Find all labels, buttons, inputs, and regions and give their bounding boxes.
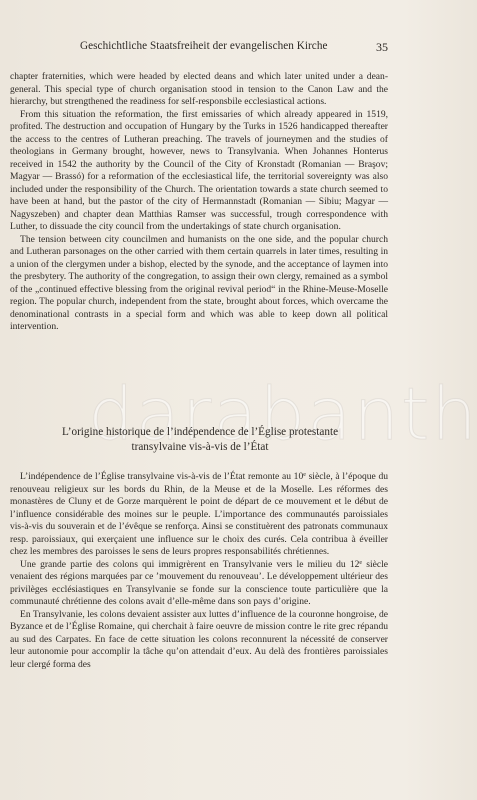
section-title: L’origine historique de l’indépendence d…	[0, 425, 400, 455]
paragraph: From this situation the reformation, the…	[10, 109, 388, 234]
running-title: Geschichtliche Staatsfreiheit der evange…	[80, 40, 327, 52]
english-section: chapter fraternities, which were headed …	[10, 71, 388, 334]
paragraph: L’indépendence de l’Église transylvaine …	[10, 471, 388, 559]
text-run: siècle, à l’époque du renouveau religieu…	[10, 471, 388, 557]
section-title-line-1: L’origine historique de l’indépendence d…	[0, 425, 400, 440]
paragraph: Une grande partie des colons qui immigrè…	[10, 559, 388, 609]
text-run: L’indépendence de l’Église transylvaine …	[20, 471, 303, 482]
section-title-line-2: transylvaine vis-à-vis de l’État	[0, 440, 400, 455]
paragraph: En Transylvanie, les colons devaient ass…	[10, 609, 388, 672]
page-number: 35	[376, 40, 388, 55]
paragraph: The tension between city councilmen and …	[10, 234, 388, 334]
scanned-page: Geschichtliche Staatsfreiheit der evange…	[0, 0, 477, 800]
paragraph: chapter fraternities, which were headed …	[10, 71, 388, 109]
french-section: L’indépendence de l’Église transylvaine …	[10, 471, 388, 671]
text-run: Une grande partie des colons qui immigrè…	[20, 559, 359, 570]
